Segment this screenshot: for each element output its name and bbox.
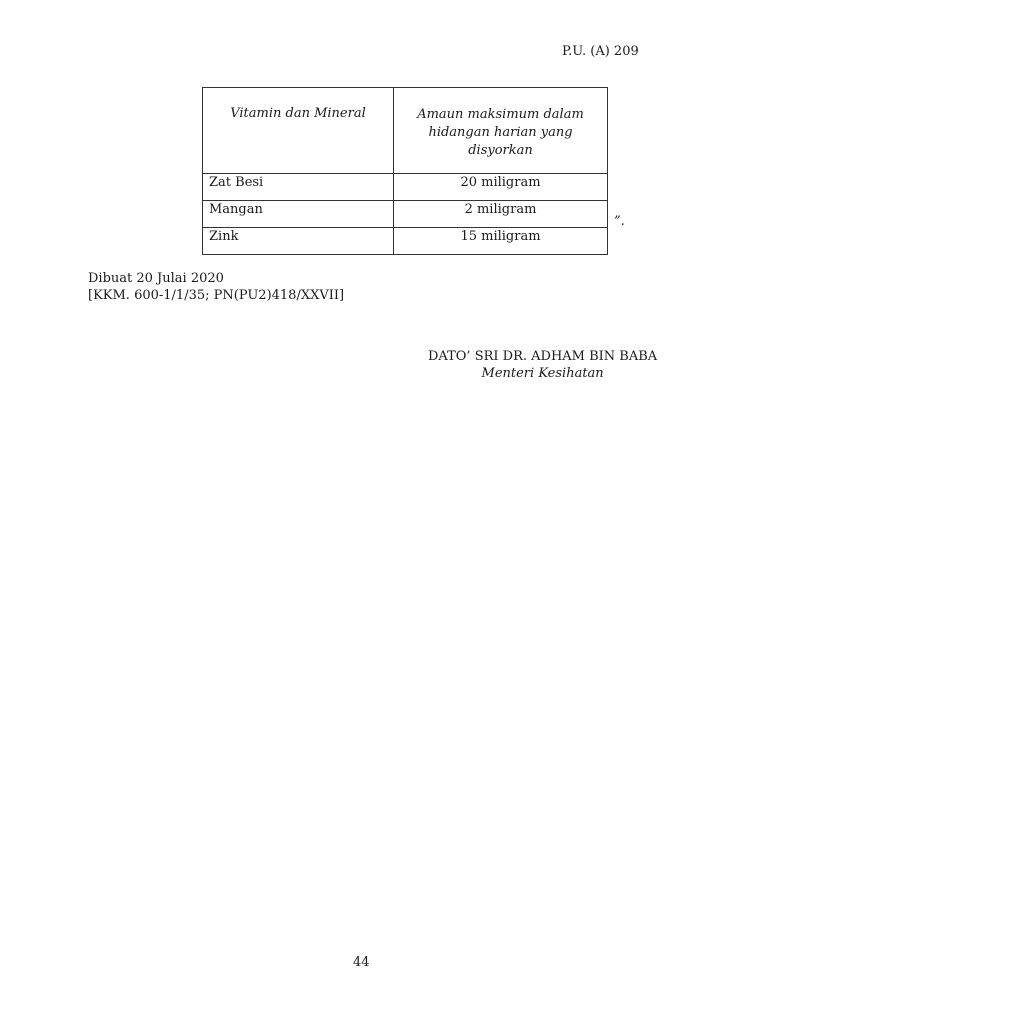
table-header-row: Vitamin dan Mineral Amaun maksimum dalam… [203,88,608,174]
signature-block: DATO’ SRI DR. ADHAM BIN BABA Menteri Kes… [428,348,657,382]
made-reference: [KKM. 600-1/1/35; PN(PU2)418/XXVII] [88,287,344,304]
table-row: Zink 15 miligram [203,228,608,255]
signatory-title: Menteri Kesihatan [428,365,657,382]
row-name: Mangan [203,201,394,228]
vitamin-mineral-table: Vitamin dan Mineral Amaun maksimum dalam… [202,87,608,255]
page-number: 44 [353,955,370,970]
table-row: Mangan 2 miligram [203,201,608,228]
document-reference: P.U. (A) 209 [562,44,639,59]
row-name: Zat Besi [203,174,394,201]
row-amount: 20 miligram [394,174,608,201]
signatory-name: DATO’ SRI DR. ADHAM BIN BABA [428,348,657,365]
closing-quote-mark: ”. [614,214,625,229]
row-amount: 15 miligram [394,228,608,255]
row-amount: 2 miligram [394,201,608,228]
made-date: Dibuat 20 Julai 2020 [88,270,344,287]
column-header-max-amount: Amaun maksimum dalam hidangan harian yan… [394,88,608,174]
table-row: Zat Besi 20 miligram [203,174,608,201]
row-name: Zink [203,228,394,255]
column-header-vitamin-mineral: Vitamin dan Mineral [203,88,394,174]
made-block: Dibuat 20 Julai 2020 [KKM. 600-1/1/35; P… [88,270,344,304]
